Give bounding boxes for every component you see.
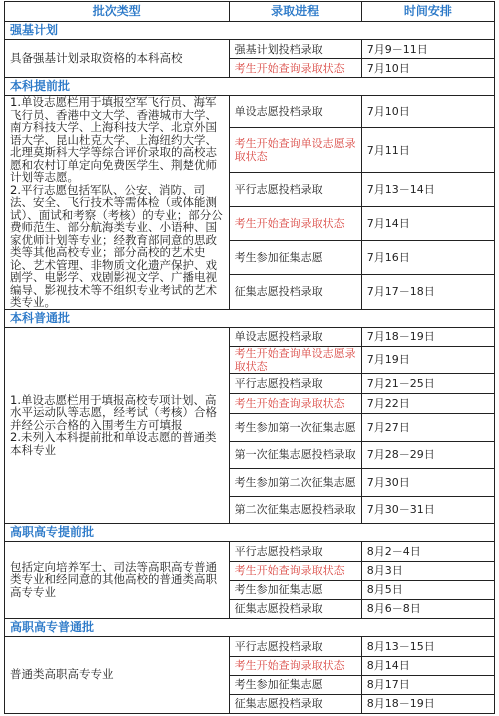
admission-step: 征集志愿投档录取 xyxy=(229,694,361,713)
batch-description: 1.单设志愿栏用于填报高校专项计划、高水平运动队等志愿，经考试（考核）合格并经公… xyxy=(5,327,230,523)
admission-step: 单设志愿投档录取 xyxy=(229,96,361,128)
admission-schedule-table: 批次类型 录取进程 时间安排 强基计划具备强基计划录取资格的本科高校强基计划投档… xyxy=(4,1,495,714)
section-header: 高职高专普通批 xyxy=(5,618,495,636)
schedule-date: 8月17日 xyxy=(361,675,494,694)
schedule-date: 7月13－14日 xyxy=(361,173,494,207)
admission-step: 考生参加征集志愿 xyxy=(229,580,361,599)
table-row: 1.单设志愿栏用于填报高校专项计划、高水平运动队等志愿，经考试（考核）合格并经公… xyxy=(5,327,495,346)
table-header: 批次类型 录取进程 时间安排 xyxy=(5,2,495,22)
table-row: 包括定向培养军士、司法等高职高专普通类专业和经同意的其他高校的普通类高职高专专业… xyxy=(5,541,495,561)
section-title: 本科普通批 xyxy=(5,309,495,327)
schedule-date: 8月6－8日 xyxy=(361,599,494,618)
header-schedule: 时间安排 xyxy=(361,2,494,22)
schedule-date: 7月10日 xyxy=(361,59,494,78)
schedule-date: 7月10日 xyxy=(361,96,494,128)
section-header: 高职高专提前批 xyxy=(5,523,495,541)
schedule-date: 7月22日 xyxy=(361,393,494,413)
batch-description: 普通类高职高专专业 xyxy=(5,636,230,713)
admission-step: 征集志愿投档录取 xyxy=(229,275,361,309)
schedule-date: 7月14日 xyxy=(361,207,494,241)
schedule-date: 7月18－19日 xyxy=(361,327,494,346)
admission-step: 考生参加征集志愿 xyxy=(229,241,361,275)
admission-step: 征集志愿投档录取 xyxy=(229,599,361,618)
table-row: 普通类高职高专专业平行志愿投档录取8月13－15日 xyxy=(5,636,495,656)
section-title: 高职高专提前批 xyxy=(5,523,495,541)
section-title: 本科提前批 xyxy=(5,78,495,96)
admission-step: 考生开始查询录取状态 xyxy=(229,393,361,413)
schedule-date: 7月16日 xyxy=(361,241,494,275)
schedule-date: 7月11日 xyxy=(361,128,494,173)
schedule-date: 8月18－19日 xyxy=(361,694,494,713)
admission-step: 考生参加征集志愿 xyxy=(229,675,361,694)
table-row: 具备强基计划录取资格的本科高校强基计划投档录取7月9－11日 xyxy=(5,40,495,59)
admission-step: 第一次征集志愿投档录取 xyxy=(229,441,361,468)
schedule-date: 7月30日 xyxy=(361,468,494,496)
section-title: 强基计划 xyxy=(5,22,495,40)
admission-step: 考生开始查询单设志愿录取状态 xyxy=(229,346,361,373)
admission-step: 平行志愿投档录取 xyxy=(229,636,361,656)
admission-step: 考生开始查询录取状态 xyxy=(229,561,361,580)
header-admission-process: 录取进程 xyxy=(229,2,361,22)
admission-step: 考生开始查询单设志愿录取状态 xyxy=(229,128,361,173)
admission-step: 第二次征集志愿投档录取 xyxy=(229,496,361,523)
batch-description: 包括定向培养军士、司法等高职高专普通类专业和经同意的其他高校的普通类高职高专专业 xyxy=(5,541,230,618)
schedule-date: 7月27日 xyxy=(361,413,494,441)
admission-step: 单设志愿投档录取 xyxy=(229,327,361,346)
schedule-date: 8月2－4日 xyxy=(361,541,494,561)
batch-description: 1.单设志愿栏用于填报空军飞行员、海军飞行员、香港中文大学、香港城市大学、南方科… xyxy=(5,96,230,310)
section-header: 本科普通批 xyxy=(5,309,495,327)
batch-description: 具备强基计划录取资格的本科高校 xyxy=(5,40,230,78)
header-batch-type: 批次类型 xyxy=(5,2,230,22)
schedule-date: 7月9－11日 xyxy=(361,40,494,59)
schedule-date: 8月5日 xyxy=(361,580,494,599)
admission-step: 强基计划投档录取 xyxy=(229,40,361,59)
admission-step: 平行志愿投档录取 xyxy=(229,373,361,393)
schedule-date: 7月28－29日 xyxy=(361,441,494,468)
schedule-date: 8月3日 xyxy=(361,561,494,580)
admission-step: 考生开始查询录取状态 xyxy=(229,656,361,675)
admission-step: 考生参加第一次征集志愿 xyxy=(229,413,361,441)
admission-step: 考生开始查询录取状态 xyxy=(229,207,361,241)
schedule-date: 8月13－15日 xyxy=(361,636,494,656)
section-header: 本科提前批 xyxy=(5,78,495,96)
admission-step: 平行志愿投档录取 xyxy=(229,173,361,207)
admission-step: 平行志愿投档录取 xyxy=(229,541,361,561)
schedule-date: 7月19日 xyxy=(361,346,494,373)
schedule-date: 7月21－25日 xyxy=(361,373,494,393)
schedule-date: 7月17－18日 xyxy=(361,275,494,309)
admission-step: 考生开始查询录取状态 xyxy=(229,59,361,78)
section-header: 强基计划 xyxy=(5,22,495,40)
admission-step: 考生参加第二次征集志愿 xyxy=(229,468,361,496)
table-row: 1.单设志愿栏用于填报空军飞行员、海军飞行员、香港中文大学、香港城市大学、南方科… xyxy=(5,96,495,128)
schedule-date: 7月30－31日 xyxy=(361,496,494,523)
section-title: 高职高专普通批 xyxy=(5,618,495,636)
schedule-date: 8月14日 xyxy=(361,656,494,675)
